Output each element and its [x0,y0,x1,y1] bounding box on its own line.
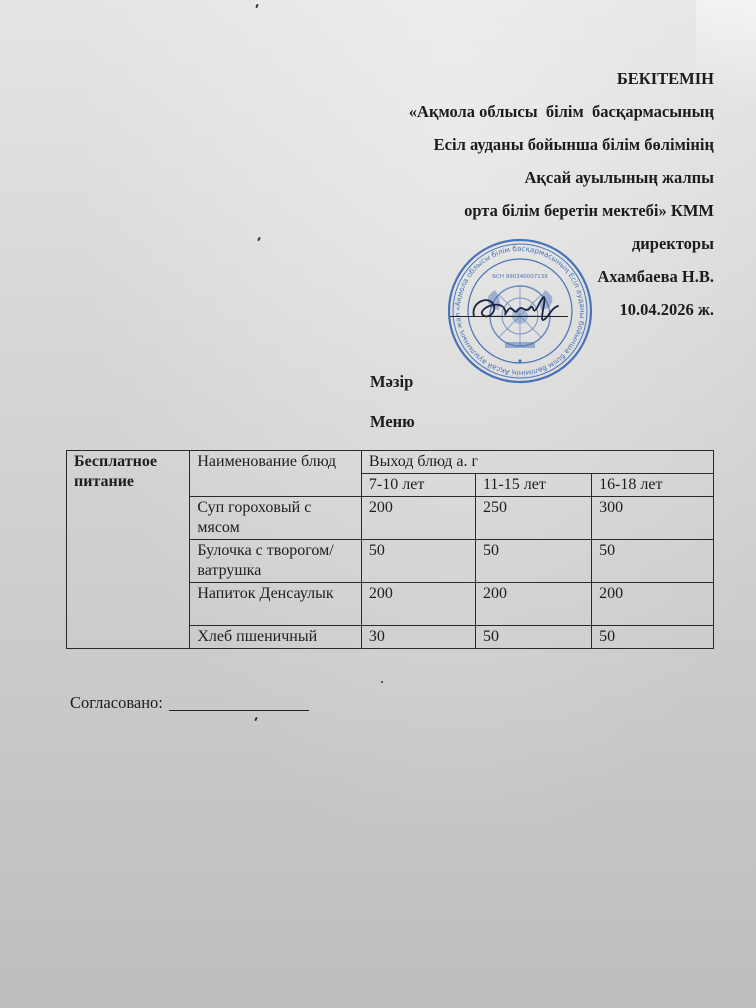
output-header: Выход блюд а. г [361,451,713,474]
paper-speck [257,237,261,241]
signature-line [450,316,568,317]
age-group-header: 11-15 лет [476,474,592,497]
portion-value: 50 [476,540,592,583]
portion-value: 200 [361,497,475,540]
director-name: Ахамбаева Н.В. [409,260,714,293]
dish-name: Хлеб пшеничный [190,626,362,649]
paper-speck [254,717,258,721]
approval-heading: БЕКІТЕМІН [409,62,714,95]
agreed-section: Согласовано: [70,693,309,713]
dish-name: Булочка с творогом/ватрушка [190,540,362,583]
menu-table: Бесплатное питание Наименование блюд Вых… [66,450,714,649]
portion-value: 30 [361,626,475,649]
age-group-header: 16-18 лет [592,474,714,497]
organization-line-4: орта білім беретін мектебі» КММ [409,194,714,227]
portion-value: 250 [476,497,592,540]
organization-line-2: Есіл ауданы бойынша білім бөлімінің [409,128,714,161]
approval-block: БЕКІТЕМІН «Ақмола облысы білім басқармас… [409,62,714,326]
dish-name: Напиток Денсаулык [190,583,362,626]
paper-speck [255,4,259,8]
menu-title-russian: Меню [370,412,415,432]
portion-value: 50 [361,540,475,583]
portion-value: 200 [592,583,714,626]
portion-value: 200 [476,583,592,626]
portion-value: 300 [592,497,714,540]
portion-value: 50 [592,626,714,649]
portion-value: 200 [361,583,475,626]
agreed-label: Согласовано: [70,693,163,712]
organization-line-3: Ақсай ауылының жалпы [409,161,714,194]
position-title: директоры [409,227,714,260]
portion-value: 50 [592,540,714,583]
paper-speck [381,681,384,684]
dish-name: Суп гороховый с мясом [190,497,362,540]
dish-name-header: Наименование блюд [190,451,362,497]
organization-line-1: «Ақмола облысы білім басқармасының [409,95,714,128]
approval-date: 10.04.2026 ж. [409,293,714,326]
menu-title-kazakh: Мәзір [370,372,413,392]
age-group-header: 7-10 лет [361,474,475,497]
agreed-signature-line [169,696,309,711]
portion-value: 50 [476,626,592,649]
meal-type-cell: Бесплатное питание [67,451,190,649]
table-header-row: Бесплатное питание Наименование блюд Вых… [67,451,714,474]
